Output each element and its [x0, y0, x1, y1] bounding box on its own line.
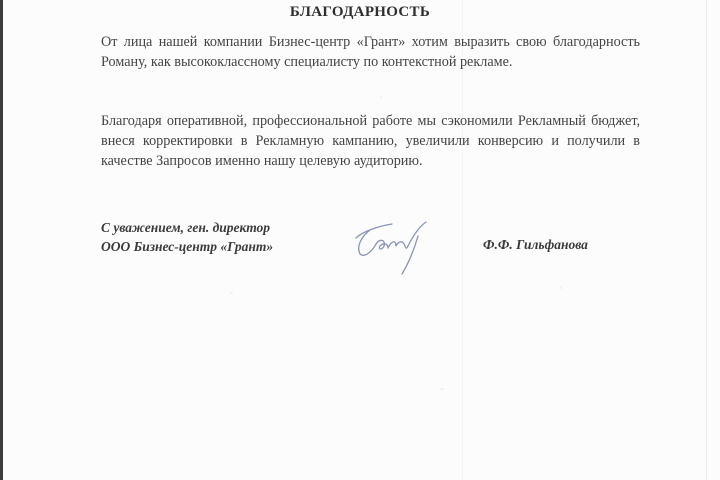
scan-noise [440, 388, 444, 390]
scan-noise [560, 286, 562, 289]
paper-edge-line [706, 0, 707, 480]
closing-line-regards: С уважением, ген. директор [101, 218, 273, 237]
scanned-letter-page: БЛАГОДАРНОСТЬ От лица нашей компании Биз… [0, 0, 720, 480]
signatory-name: Ф.Ф. Гильфанова [483, 237, 588, 253]
paper-fold-line [462, 0, 463, 480]
closing-block: С уважением, ген. директор ООО Бизнес-це… [101, 218, 273, 256]
paragraph-results: Благодаря оперативной, профессиональной … [101, 111, 640, 171]
scan-noise [230, 292, 233, 294]
paragraph-gratitude: От лица нашей компании Бизнес-центр «Гра… [101, 32, 640, 72]
scan-edge-shadow [0, 0, 3, 480]
document-title: БЛАГОДАРНОСТЬ [0, 4, 720, 21]
handwritten-signature-icon [348, 214, 438, 276]
scan-noise [380, 96, 382, 98]
closing-line-company: ООО Бизнес-центр «Грант» [101, 237, 273, 256]
